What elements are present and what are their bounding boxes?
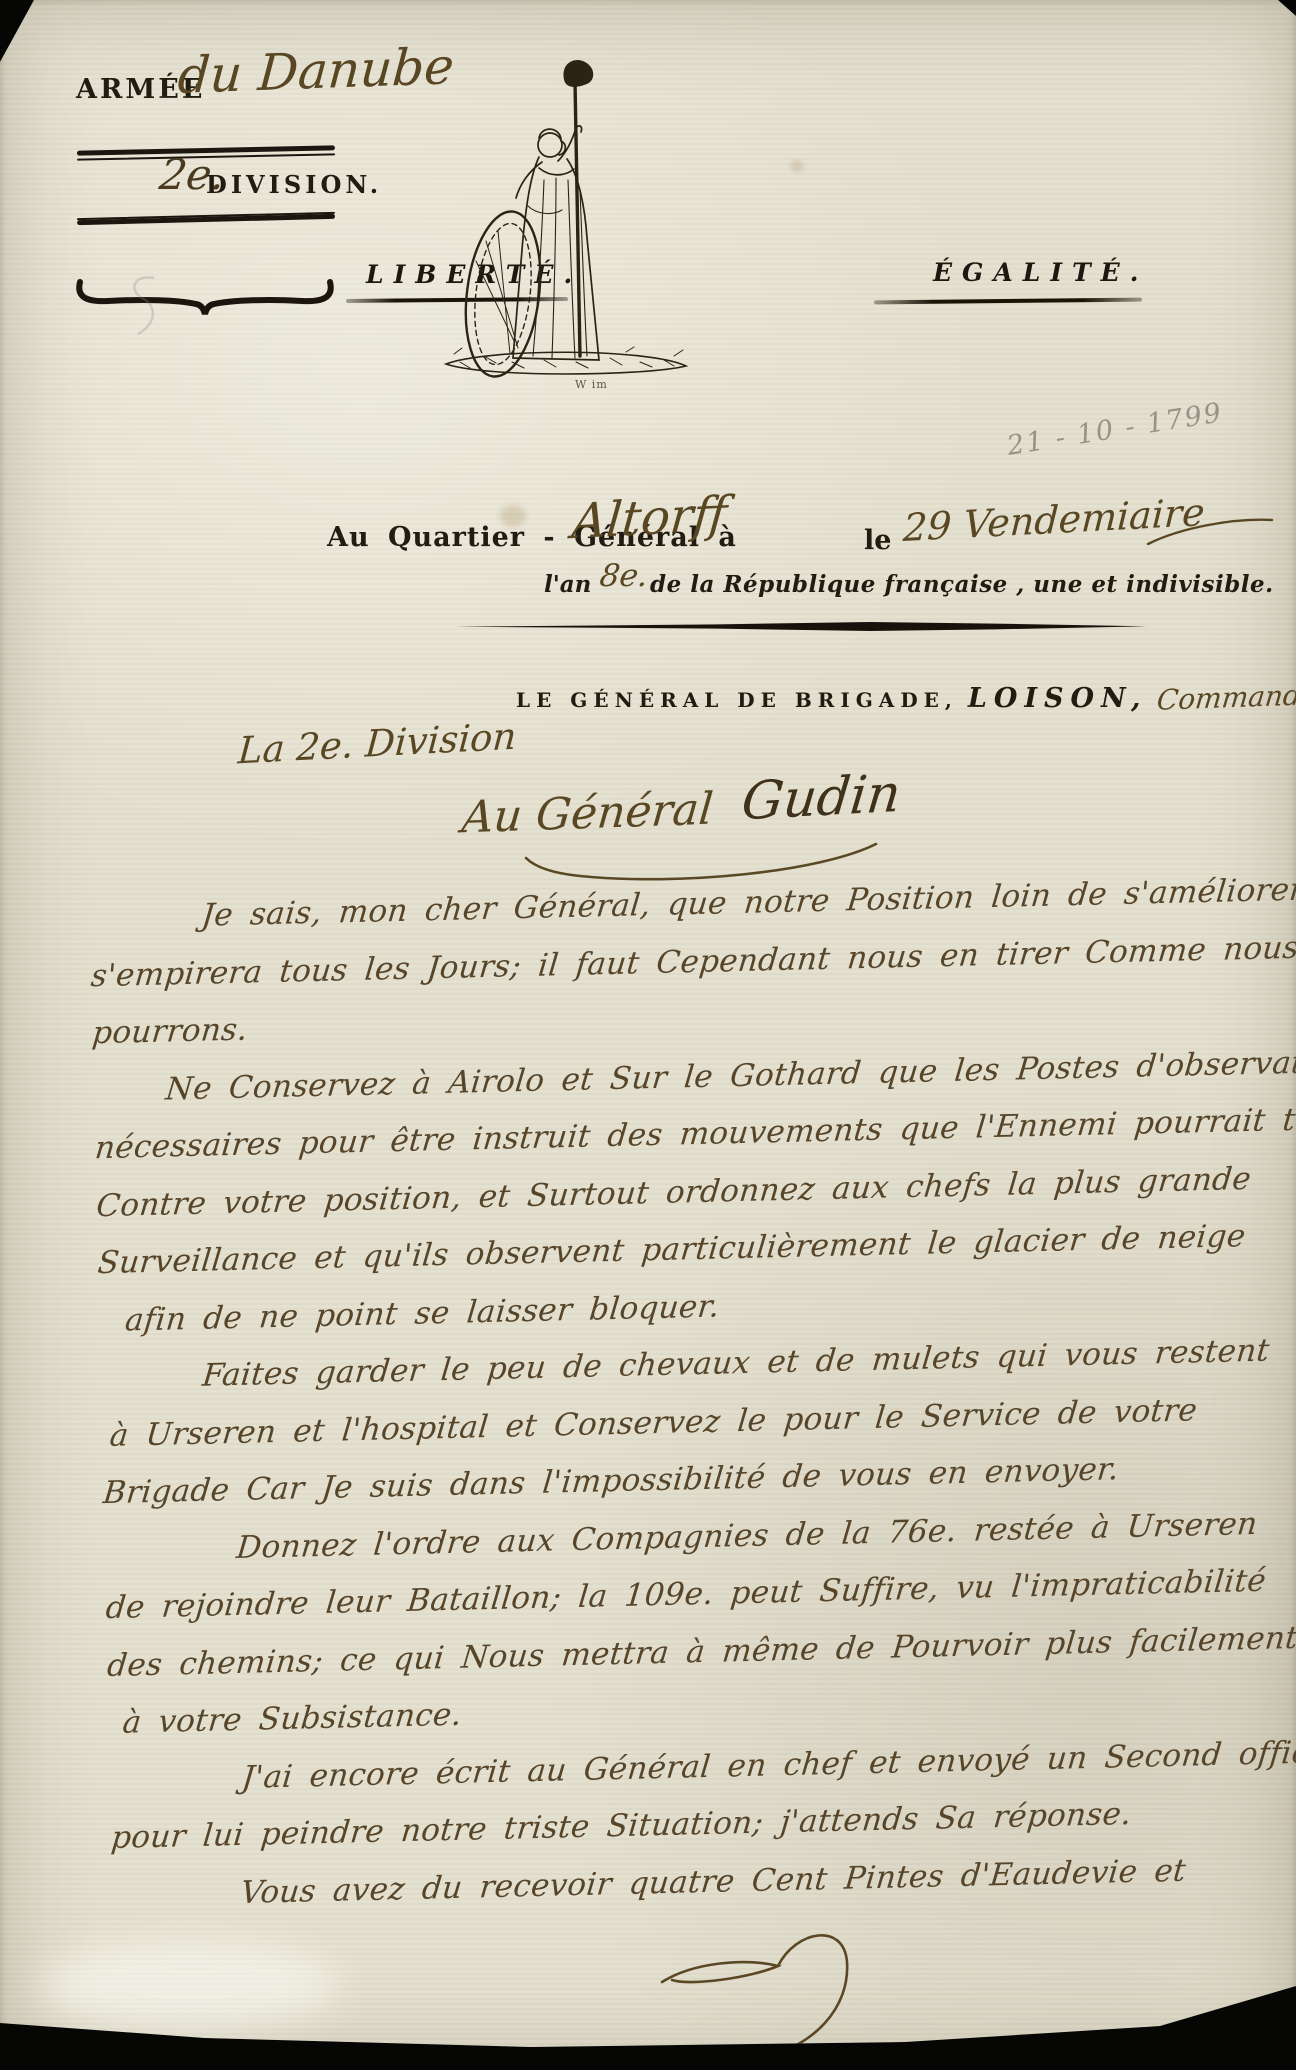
manuscript-paragraph: Ne Conservez à Airolo et Sur le Gothard … (92, 1044, 1296, 1360)
le-label: le (864, 525, 891, 556)
address-flourish (520, 838, 880, 884)
division-rule-bottom (77, 209, 335, 225)
brace-ornament (74, 278, 336, 320)
liberty-allegory-engraving (426, 56, 708, 392)
manuscript-paragraph: Faites garder le peu de chevaux et de mu… (99, 1332, 1296, 1533)
lan-label: l'an (544, 571, 591, 598)
sender-line: LE GÉNÉRAL DE BRIGADE, LOISON, Command. (516, 681, 1296, 714)
general-de-brigade-label: LE GÉNÉRAL DE BRIGADE, (516, 688, 958, 712)
commandant-handwritten: Command. (1156, 678, 1296, 716)
date-flourish (1146, 516, 1276, 550)
section-divider (455, 622, 1147, 631)
address-gudin: Gudin (739, 764, 904, 833)
signature-paraph (646, 1918, 876, 2068)
letter-body: Je sais, mon cher Général, que notre Pos… (88, 872, 1296, 1935)
manuscript-paragraph: Je sais, mon cher Général, que notre Pos… (88, 872, 1292, 1073)
division-label: DIVISION. (206, 170, 382, 199)
paper-stain (790, 160, 804, 172)
loison-name: LOISON, (968, 683, 1148, 714)
place-handwritten: Altorff (570, 486, 730, 550)
worn-edge (40, 1940, 340, 2030)
equality-underline (874, 298, 1142, 305)
address-au-general: Au Général (460, 784, 715, 844)
pencil-archival-date: 21 - 10 - 1799 (1005, 397, 1225, 462)
army-name-handwritten: du Danube (176, 37, 456, 105)
manuscript-paragraph: Donnez l'ordre aux Compagnies de la 76e.… (103, 1504, 1296, 1762)
republic-label: de la République française , une et indi… (650, 571, 1274, 598)
equality-motto: ÉGALITÉ. (933, 258, 1148, 287)
letter-page: ARMÉE du Danube 2e. DIVISION. LIBERTÉ. É… (0, 0, 1296, 2070)
engraver-mark: W im (575, 378, 608, 391)
address-division: La 2e. Division (237, 715, 518, 773)
pencil-squiggle (120, 272, 170, 342)
year-handwritten: 8e. (597, 558, 650, 594)
